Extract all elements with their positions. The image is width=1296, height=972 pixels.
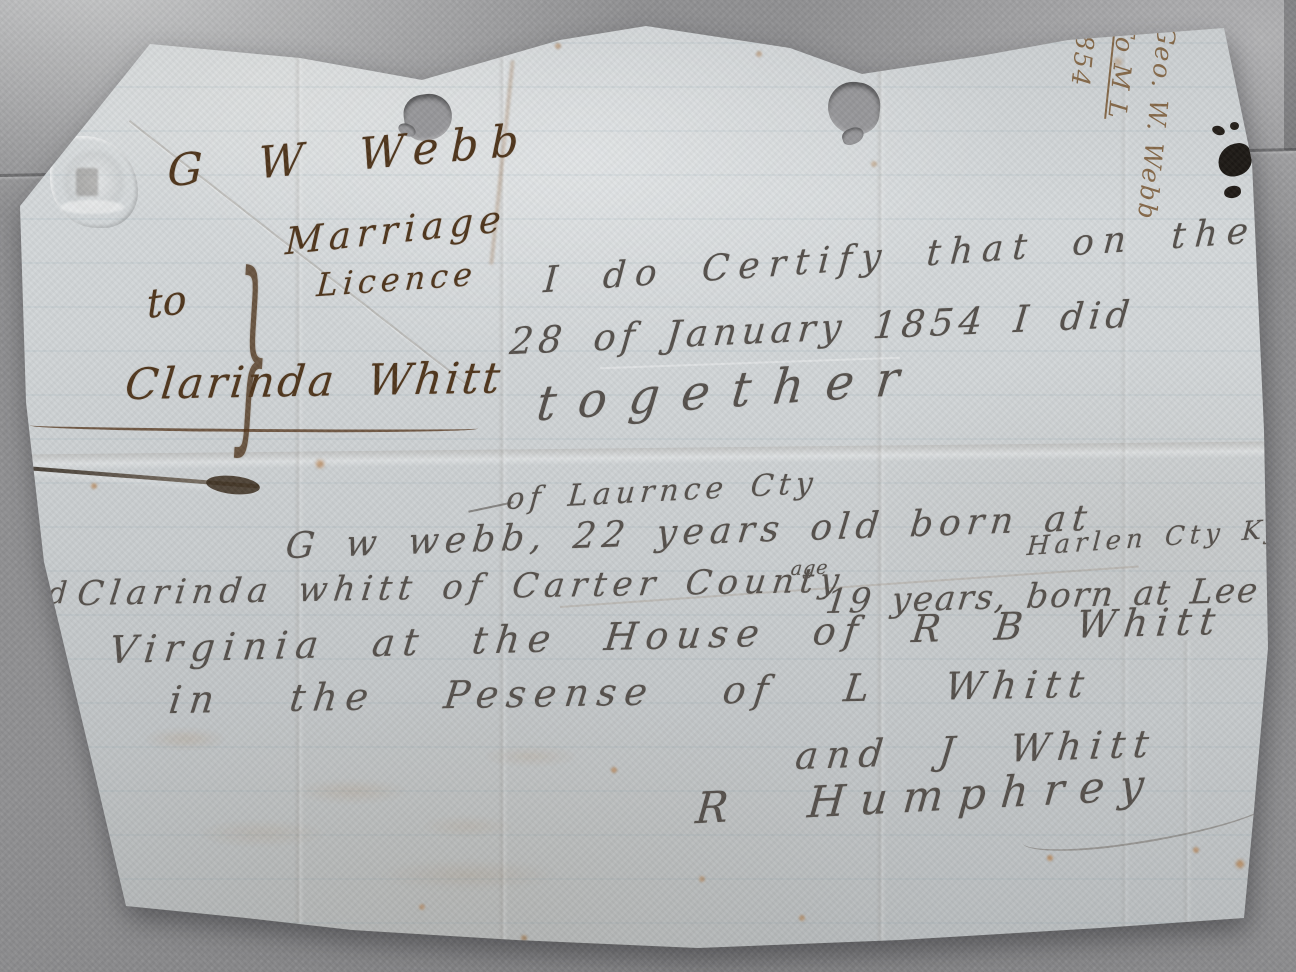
endorsement-brace: } xyxy=(232,232,271,481)
ink-blot-dot-top2 xyxy=(1230,122,1239,130)
seal-scroll xyxy=(60,200,124,214)
docket-block: Geo. W. Webb To M L 1854 xyxy=(1005,15,1225,245)
ghost-writing-lower xyxy=(300,840,720,910)
docket-text: Geo. W. Webb To M L 1854 xyxy=(1044,14,1186,245)
paper-shadow: Geo. W. Webb To M L 1854 G W Webb } to M… xyxy=(0,0,1296,972)
seal-monogram xyxy=(76,168,98,196)
foxing-spots xyxy=(0,0,4,4)
certificate-line-6-superscript: age xyxy=(790,557,830,580)
endorsement-connector: to xyxy=(146,276,187,328)
certificate-line-6a: and xyxy=(4,576,72,613)
ink-blot-dot-bottom xyxy=(1223,185,1242,199)
photo-scene: Geo. W. Webb To M L 1854 G W Webb } to M… xyxy=(0,0,1296,972)
document-paper: Geo. W. Webb To M L 1854 G W Webb } to M… xyxy=(0,0,1296,972)
endorsement-bride-name: Clarinda Whitt xyxy=(123,353,506,410)
